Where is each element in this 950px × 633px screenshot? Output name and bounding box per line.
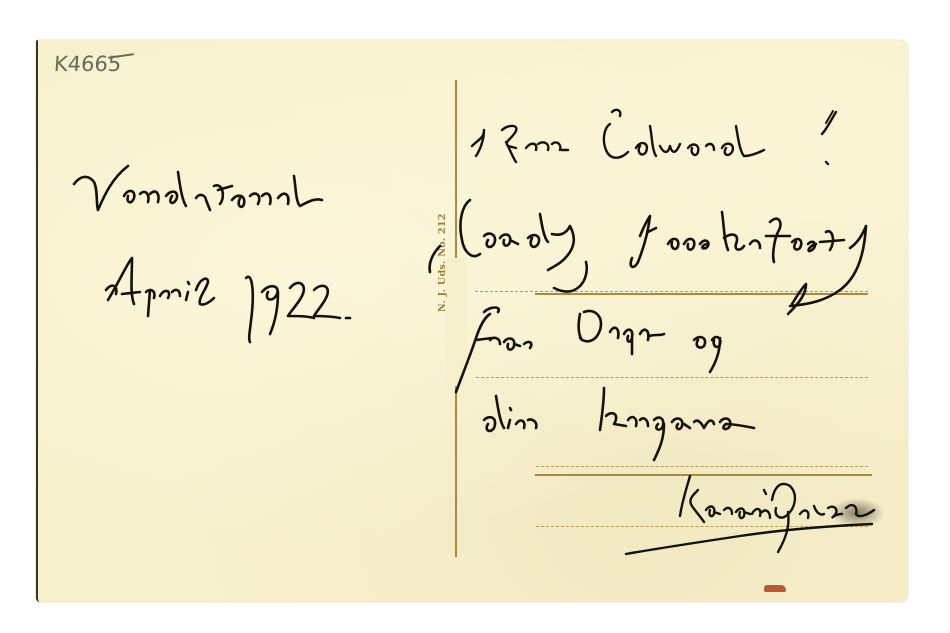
address-rule-dotted-4 [536, 526, 868, 527]
address-rule-dotted-1 [475, 291, 868, 292]
address-rule-solid-1 [535, 293, 868, 295]
red-wax-spot [764, 585, 786, 592]
address-rule-dotted-3 [536, 466, 868, 467]
address-rule-dotted-2 [476, 377, 868, 378]
address-rule-solid-3 [535, 474, 872, 476]
